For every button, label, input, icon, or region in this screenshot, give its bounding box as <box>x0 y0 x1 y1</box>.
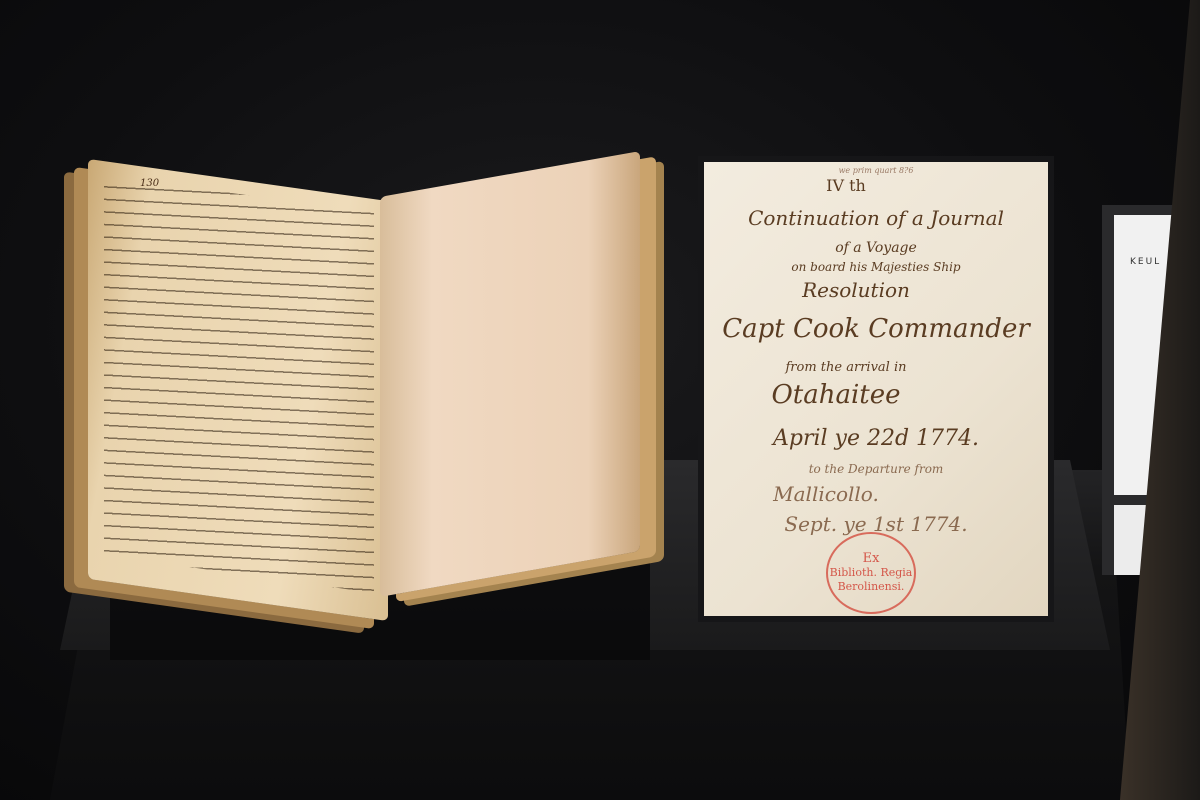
title-line-2: of a Voyage <box>704 240 1048 256</box>
place-departure: Mallicollo. <box>654 482 998 506</box>
stamp-line-2: Biblioth. Regia <box>828 566 914 580</box>
stamp-line-3: Berolinensi. <box>828 580 914 594</box>
label-heading: KEUL <box>1130 257 1161 267</box>
stamp-line-1: Ex <box>828 552 914 566</box>
title-line-3: on board his Majesties Ship <box>704 260 1048 274</box>
arrival-date: April ye 22d 1774. <box>704 426 1048 451</box>
arrival-line: from the arrival in <box>674 360 1018 375</box>
departure-line: to the Departure from <box>704 462 1048 476</box>
handwriting-lines <box>104 175 374 593</box>
title-page: we prim quart 8?6 IV th Continuation of … <box>704 162 1048 616</box>
library-stamp: Ex Biblioth. Regia Berolinensi. <box>826 532 916 614</box>
blank-page <box>380 151 640 597</box>
top-note: we prim quart 8?6 <box>704 166 1048 175</box>
volume-number: IV th <box>674 176 1018 195</box>
open-journal: 130 <box>48 160 678 620</box>
captain-line: Capt Cook Commander <box>704 314 1048 344</box>
ship-name: Resolution <box>684 278 1028 302</box>
place-arrival: Otahaitee <box>664 380 1008 410</box>
title-line-1: Continuation of a Journal <box>704 206 1048 230</box>
page-number: 130 <box>140 178 159 189</box>
